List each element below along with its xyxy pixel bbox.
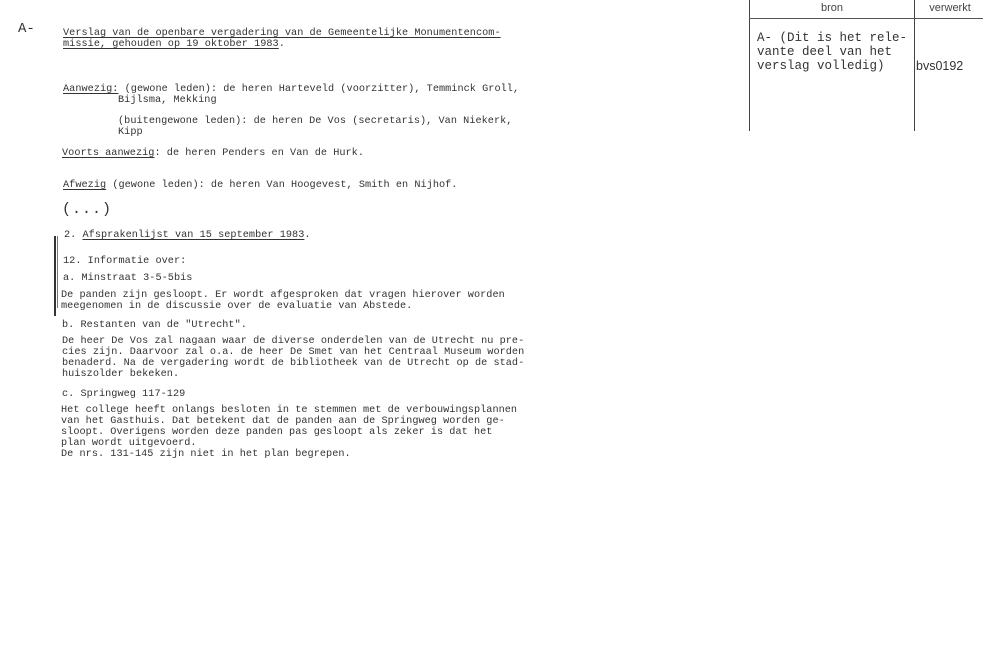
table-header-verwerkt: verwerkt [915,2,985,14]
document-title-line2-text: missie, gehouden op 19 oktober 1983 [63,39,279,50]
item-12c-text-3: sloopt. Overigens worden deze panden pas… [61,427,492,438]
item-12b-text-3: benaderd. Na de vergadering wordt de bib… [62,358,524,369]
margin-bar-thin [57,236,58,308]
also-present-rest: : de heren Penders en Van de Hurk. [154,148,364,159]
table-cell-verwerkt: bvs0192 [916,59,963,73]
item-12a-text-2: meegenomen in de discussie over de evalu… [61,301,412,312]
item-2: 2. Afsprakenlijst van 15 september 1983. [64,230,311,241]
present-line3: (buitengewone leden): de heren De Vos (s… [118,116,512,127]
item-12c-heading: c. Springweg 117-129 [62,389,185,400]
table-border-middle [914,0,915,131]
present-line4: Kipp [118,127,143,138]
item-12b-text-1: De heer De Vos zal nagaan waar de divers… [62,336,524,347]
margin-marker: A- [18,21,35,37]
item-12c-text-4: plan wordt uitgevoerd. [61,438,197,449]
present-line1-rest: (gewone leden): de heren Harteveld (voor… [118,84,519,95]
absent-rest: (gewone leden): de heren Van Hoogevest, … [106,180,457,191]
present-label: Aanwezig: [63,84,118,95]
item-2-number: 2. [64,230,83,241]
table-cell-bron-line2: vante deel van het [757,45,892,59]
item-2-end: . [304,230,310,241]
item-12a-heading: a. Minstraat 3-5-5bis [63,273,192,284]
document-title-line2: missie, gehouden op 19 oktober 1983. [63,39,285,50]
table-border-left [749,0,750,131]
item-12c-text-5: De nrs. 131-145 zijn niet in het plan be… [61,449,351,460]
table-cell-bron-line1: A- (Dit is het rele- [757,31,907,45]
item-12b-text-4: huiszolder bekeken. [62,369,179,380]
absent-label: Afwezig [63,180,106,191]
item-12a-text-1: De panden zijn gesloopt. Er wordt afgesp… [61,290,505,301]
item-12b-heading: b. Restanten van de "Utrecht". [62,320,247,331]
document-title-line2-end: . [279,39,285,50]
table-cell-bron-line3: verslag volledig) [757,59,885,73]
omission-ellipsis: (...) [62,201,112,218]
present-line1: Aanwezig: (gewone leden): de heren Harte… [63,84,519,95]
item-12c-text-1: Het college heeft onlangs besloten in te… [61,405,517,416]
item-2-title: Afsprakenlijst van 15 september 1983 [83,230,305,241]
present-line2: Bijlsma, Mekking [118,95,217,106]
also-present: Voorts aanwezig: de heren Penders en Van… [62,148,364,159]
document-title-line1: Verslag van de openbare vergadering van … [63,28,501,39]
margin-bar-thick [54,236,56,316]
item-12b-text-2: cies zijn. Daarvoor zal o.a. de heer De … [62,347,524,358]
absent: Afwezig (gewone leden): de heren Van Hoo… [63,180,457,191]
table-header-divider [749,18,983,19]
item-12c-text-2: van het Gasthuis. Dat betekent dat de pa… [61,416,505,427]
table-header-bron: bron [750,2,914,14]
item-12-heading: 12. Informatie over: [63,256,186,267]
also-present-label: Voorts aanwezig [62,148,154,159]
